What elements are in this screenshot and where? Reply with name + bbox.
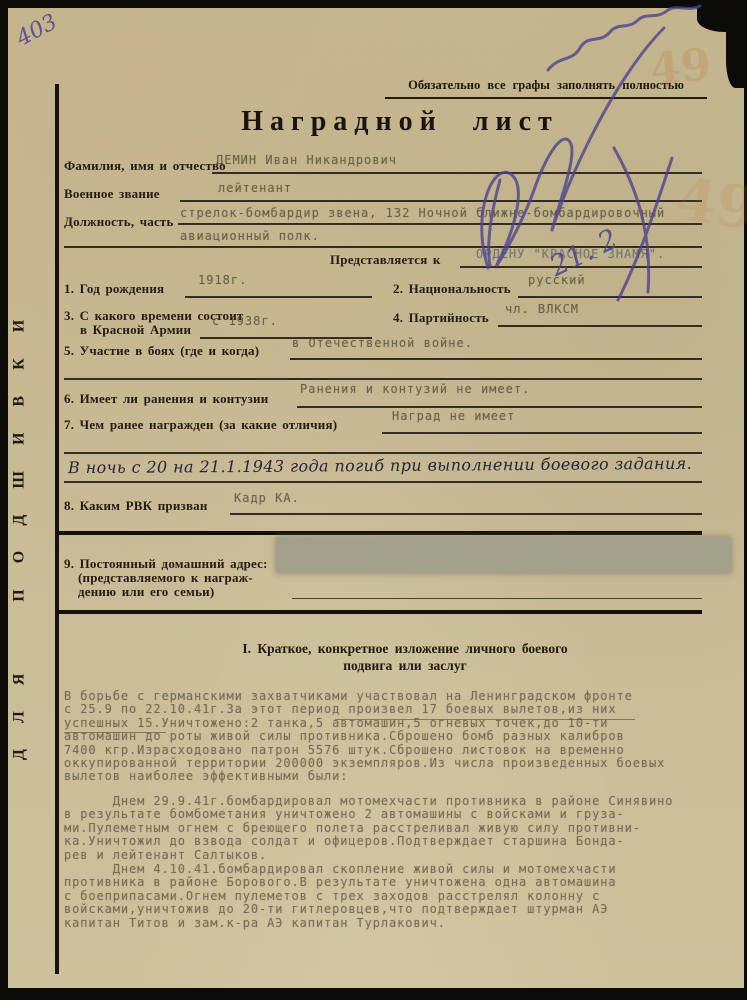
field-combat-label: 5. Участие в боях (где и когда) — [64, 343, 259, 359]
rule-line — [180, 200, 702, 202]
rule-line — [498, 325, 702, 327]
field-name-label: Фамилия, имя и отчество — [64, 158, 226, 174]
typed-underline — [335, 719, 635, 720]
field-birth-label: 1. Год рождения — [64, 281, 164, 297]
field-name-value: ДЕМИН Иван Никандрович — [216, 153, 397, 167]
field-awards-label: 7. Чем ранее награжден (за какие отличия… — [64, 417, 337, 433]
redacted-address-block — [276, 537, 731, 573]
presented-to-label: Представляется к — [330, 252, 441, 268]
typed-underline — [64, 732, 166, 733]
field-party-label: 4. Партийность — [393, 310, 489, 326]
rule-line — [292, 598, 702, 599]
form-left-border — [55, 84, 59, 974]
section-divider — [56, 531, 702, 535]
rule-line — [290, 358, 702, 360]
rule-line — [382, 432, 702, 434]
rule-line — [518, 296, 702, 298]
field-position-label: Должность, часть — [64, 214, 174, 230]
field-rvk-value: Кадр КА. — [234, 491, 300, 505]
section1-title-line2: подвига или заслуг — [110, 658, 700, 674]
field-rank-value: лейтенант — [218, 181, 292, 195]
faint-stamp-number: 49 — [648, 39, 714, 96]
field-combat-value: в Отечественной войне. — [292, 336, 473, 350]
document-title: Наградной лист — [120, 106, 680, 138]
scanned-award-sheet: ДЛЯ ПОДШИВКИ 403 Обязательно все графы з… — [0, 0, 747, 1000]
rule-line — [297, 406, 702, 408]
combat-record-paragraph-1: В борьбе с германскими захватчиками учас… — [64, 690, 744, 784]
rule-line — [178, 223, 702, 225]
rule-line — [64, 378, 702, 380]
rule-line — [64, 481, 702, 483]
field-wounds-label: 6. Имеет ли ранения и контузии — [64, 391, 268, 407]
field-rank-label: Военное звание — [64, 186, 160, 202]
field-position-value-line2: авиационный полк. — [180, 229, 320, 243]
section1-title-line1: I. Краткое, конкретное изложение личного… — [110, 641, 700, 657]
filing-margin-text: ДЛЯ ПОДШИВКИ — [11, 255, 41, 800]
field-rvk-label: 8. Каким РВК призван — [64, 498, 208, 514]
combat-record-paragraph-3: Днем 4.10.41.бомбардировал скопление жив… — [64, 863, 744, 930]
field-position-value-line1: стрелок-бомбардир звена, 132 Ночной ближ… — [180, 206, 665, 220]
combat-record-paragraph-2: Днем 29.9.41г.бомбардировал мотомехчасти… — [64, 795, 744, 862]
rule-line — [185, 296, 372, 298]
field-party-value: чл. ВЛКСМ — [505, 302, 579, 316]
field-awards-value: Наград не имеет — [392, 409, 515, 423]
field-army-label-line2: в Красной Армии — [80, 322, 191, 338]
rule-line — [230, 513, 702, 515]
section-divider — [56, 610, 702, 614]
field-army-value: с 1938г. — [212, 314, 278, 328]
field-birth-value: 1918г. — [198, 273, 247, 287]
faint-stamp-number-duplicate: 49 — [672, 165, 747, 244]
field-nationality-label: 2. Национальность — [393, 281, 511, 297]
scan-corner-artifact — [726, 26, 747, 88]
rule-line — [212, 172, 702, 174]
field-address-label-line3: дению или его семьи) — [78, 584, 214, 600]
field-wounds-value: Ранения и контузий не имеет. — [300, 382, 530, 396]
